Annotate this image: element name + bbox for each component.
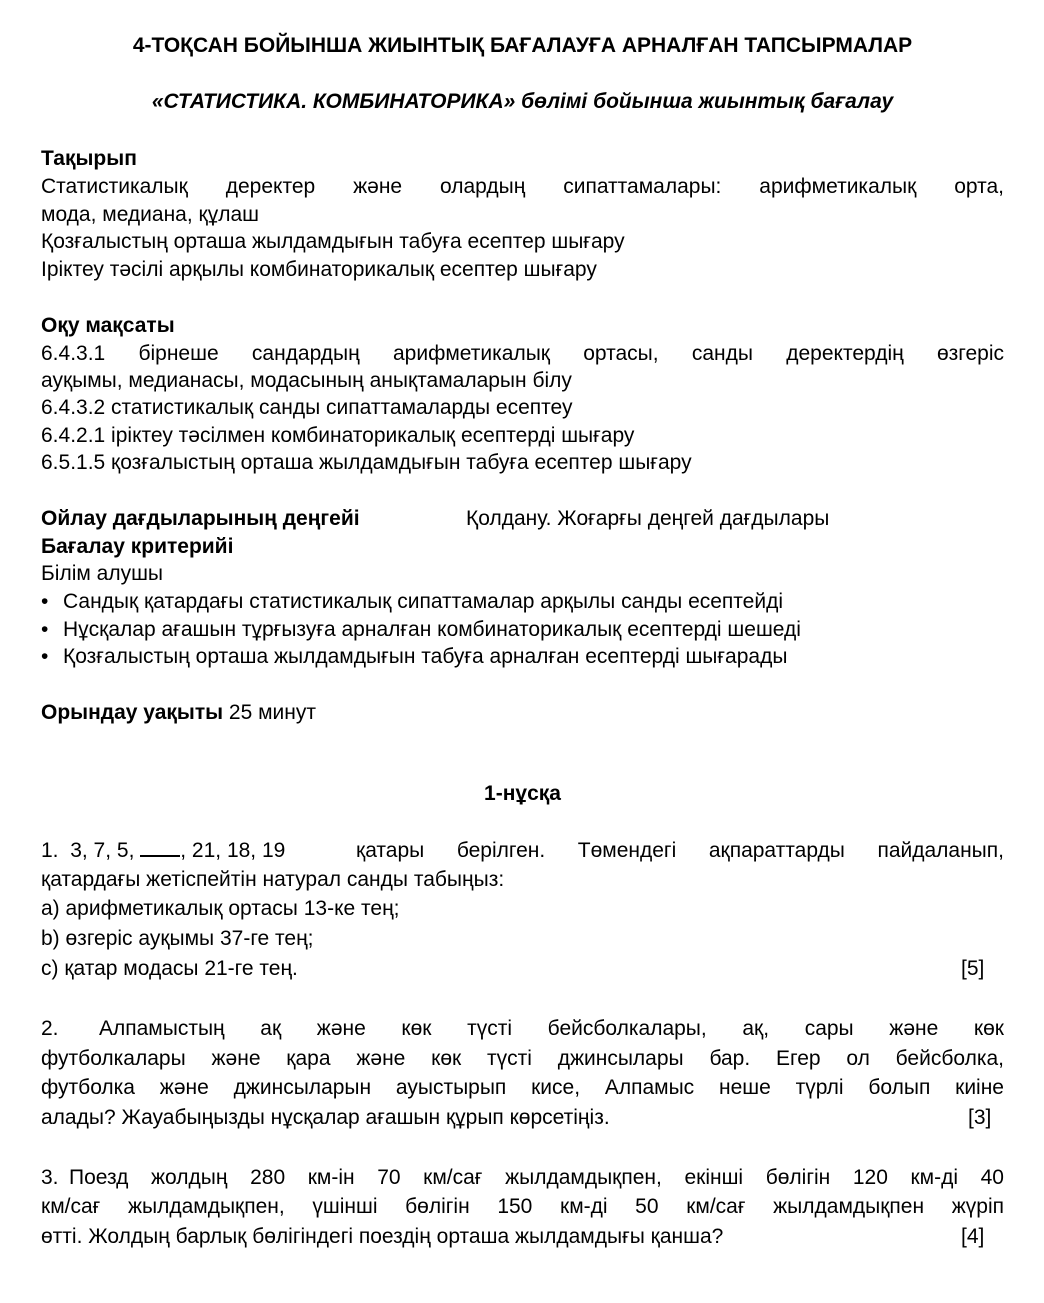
time-row: Орындау уақыты 25 минут xyxy=(41,699,1004,727)
objective-line: 6.4.2.1 іріктеу тәсілмен комбинаторикалы… xyxy=(41,422,1004,450)
topic-line: Қозғалыстың орташа жылдамдығын табуға ес… xyxy=(41,228,1004,256)
task-1-points: [5] xyxy=(961,955,984,983)
task-2-points: [3] xyxy=(968,1104,991,1132)
task-1-option-c: c) қатар модасы 21-ге тең. xyxy=(41,955,1004,983)
thinking-level-value: Қолдану. Жоғарғы деңгей дағдылары xyxy=(466,505,829,533)
document-title: 4-ТОҚСАН БОЙЫНША ЖИЫНТЫҚ БАҒАЛАУҒА АРНАЛ… xyxy=(41,32,1004,60)
time-label: Орындау уақыты xyxy=(41,701,223,724)
document-subtitle: «СТАТИСТИКА. КОМБИНАТОРИКА» бөлімі бойын… xyxy=(41,88,1004,116)
task-3-line: км/сағ жылдамдықпен, үшінші бөлігін 150 … xyxy=(41,1193,1004,1221)
objective-line: 6.4.3.2 статистикалық санды сипаттамалар… xyxy=(41,394,1004,422)
variant-title: 1-нұсқа xyxy=(41,780,1004,808)
time-value: 25 минут xyxy=(229,701,316,724)
task-1-option-a: a) арифметикалық ортасы 13-ке тең; xyxy=(41,895,1004,923)
answer-blank xyxy=(140,837,180,857)
task-1-text: қатары берілген. Төмендегі ақпараттарды … xyxy=(356,837,1004,865)
criteria-item: •Қозғалыстың орташа жылдамдығын табуға а… xyxy=(41,643,1004,671)
task-1-line-1: 1. 3, 7, 5, , 21, 18, 19 қатары берілген… xyxy=(41,837,1004,865)
task-2-line: футболкалары және қара және көк түсті дж… xyxy=(41,1045,1004,1073)
topic-line: Статистикалық деректер және олардың сипа… xyxy=(41,173,1004,201)
criteria-item: •Нұсқалар ағашын тұрғызуға арналған комб… xyxy=(41,616,1004,644)
task-3-line: өтті. Жолдың барлық бөлігіндегі поездің … xyxy=(41,1223,1004,1251)
topic-heading: Тақырып xyxy=(41,145,1004,173)
task-1-line: қатардағы жетіспейтін натурал санды табы… xyxy=(41,866,1004,894)
criteria-intro: Білім алушы xyxy=(41,560,1004,588)
thinking-level-row: Ойлау дағдыларының деңгейі Қолдану. Жоға… xyxy=(41,505,1004,533)
criteria-heading: Бағалау критерийі xyxy=(41,533,1004,561)
objective-line: 6.5.1.5 қозғалыстың орташа жылдамдығын т… xyxy=(41,449,1004,477)
topic-line: Іріктеу тәсілі арқылы комбинаторикалық е… xyxy=(41,256,1004,284)
bullet-icon: • xyxy=(41,616,63,644)
thinking-level-label: Ойлау дағдыларының деңгейі xyxy=(41,507,360,530)
task-2-line: футболка және джинсыларын ауыстырып кисе… xyxy=(41,1074,1004,1102)
objective-line: 6.4.3.1 бірнеше сандардың арифметикалық … xyxy=(41,340,1004,368)
topic-line: мода, медиана, құлаш xyxy=(41,201,1004,229)
task-2-line: алады? Жауабыңызды нұсқалар ағашын құрып… xyxy=(41,1104,1004,1132)
objective-line: ауқымы, медианасы, модасының анықтамалар… xyxy=(41,367,1004,395)
objectives-heading: Оқу мақсаты xyxy=(41,312,1004,340)
task-1-option-b: b) өзгеріс ауқымы 37-ге тең; xyxy=(41,925,1004,953)
task-2-line-1: 2. Алпамыстың ақ және көк түсті бейсболк… xyxy=(41,1015,1004,1043)
bullet-icon: • xyxy=(41,643,63,671)
task-1-sequence: 1. 3, 7, 5, , 21, 18, 19 xyxy=(41,837,285,865)
task-3-line-1: 3. Поезд жолдың 280 км-ін 70 км/сағ жылд… xyxy=(41,1164,1004,1192)
criteria-item: •Сандық қатардағы статистикалық сипаттам… xyxy=(41,588,1004,616)
bullet-icon: • xyxy=(41,588,63,616)
task-3-points: [4] xyxy=(961,1223,984,1251)
